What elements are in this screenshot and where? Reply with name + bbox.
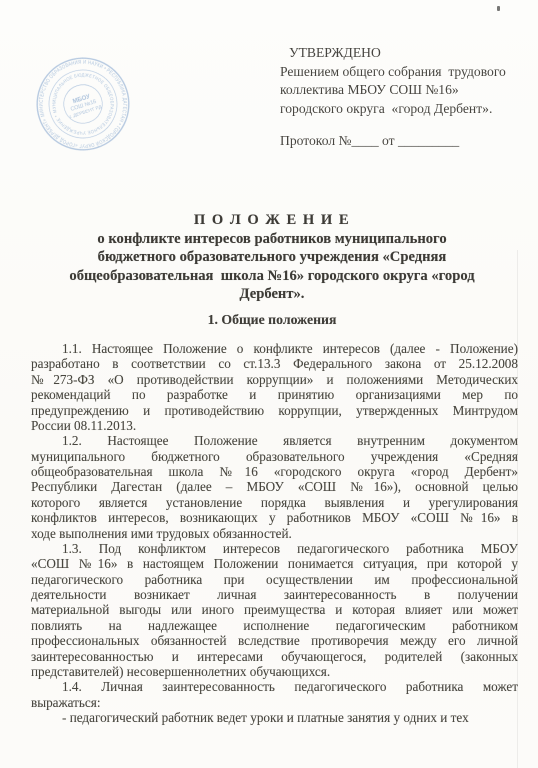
body-line: конфликтов интересов, возникающих у рабо… [31, 510, 518, 525]
body-line: общеобразовательная школа №16 «городског… [31, 464, 518, 479]
title-line: Дербент». [28, 285, 516, 303]
body-line: 1.3. Под конфликтом интересов педагогиче… [31, 541, 518, 556]
approval-line: Решением общего собрания трудового [280, 63, 538, 82]
approval-block: УТВЕРЖДЕНО Решением общего собрания труд… [280, 44, 538, 151]
body-line: муниципального бюджетного образовательно… [31, 449, 518, 464]
body-line: представителей) несовершеннолетних обуча… [31, 664, 518, 679]
body-line: заинтересованностью и интересами обучающ… [31, 649, 518, 664]
body-line: материальной выгоды или иного преимущест… [31, 602, 518, 617]
approval-line: коллектива МБОУ СОШ №16» [280, 81, 538, 100]
body-line: - педагогический работник ведет уроки и … [31, 710, 518, 725]
title-line: о конфликте интересов работников муницип… [28, 230, 516, 248]
document-title: П О Л О Ж Е Н И Е о конфликте интересов … [28, 211, 516, 303]
approval-line: УТВЕРЖДЕНО [280, 44, 538, 63]
scan-speck [497, 6, 500, 11]
body-line: педагогического работника при осуществле… [31, 572, 518, 587]
body-line: повлиять на надлежащее исполнение педаго… [31, 618, 518, 633]
approval-line: городского округа «город Дербент». [280, 100, 538, 119]
body-line: 1.1. Настоящее Положение о конфликте инт… [31, 341, 518, 356]
body-line: 1.2. Настоящее Положение является внутре… [31, 433, 518, 448]
body-line: «СОШ №16» в настоящем Положении понимает… [31, 556, 518, 571]
body-line: выражаться: [31, 695, 518, 710]
body-line: предупреждению и противодействию коррупц… [31, 403, 518, 418]
section-heading: 1. Общие положения [28, 312, 516, 328]
body-line: которого является установление порядка в… [31, 495, 518, 510]
title-line: общеобразовательная школа №16» городског… [28, 267, 516, 285]
protocol-number-line: Протокол №____ от _________ [280, 132, 538, 151]
body-line: ходе выполнения ими трудовых обязанносте… [31, 526, 518, 541]
body-line: России 08.11.2013. [31, 418, 518, 433]
body-line: рекомендаций по разработке и принятию ор… [31, 387, 518, 402]
title-line: бюджетного образовательного учреждения «… [28, 248, 516, 266]
body-line: разработано в соответствии со ст.13.3 Фе… [31, 356, 518, 371]
body-line: Республики Дагестан (далее – МБОУ «СОШ №… [31, 479, 518, 494]
title-main: П О Л О Ж Е Н И Е [28, 211, 516, 229]
body-line: 1.4. Личная заинтересованность педагогич… [31, 679, 518, 694]
body-line: деятельности возникает личная заинтересо… [31, 587, 518, 602]
body-line: №273-ФЗ «О противодействии коррупции» и … [31, 372, 518, 387]
school-seal-stamp-icon: МИНИСТЕРСТВО ОБРАЗОВАНИЯ И НАУКИ • РЕСПУ… [13, 34, 152, 175]
body-text: 1.1. Настоящее Положение о конфликте инт… [31, 341, 518, 725]
body-line: профессиональных обязанностей вследствие… [31, 633, 518, 648]
scanned-document-page: МИНИСТЕРСТВО ОБРАЗОВАНИЯ И НАУКИ • РЕСПУ… [0, 0, 538, 768]
